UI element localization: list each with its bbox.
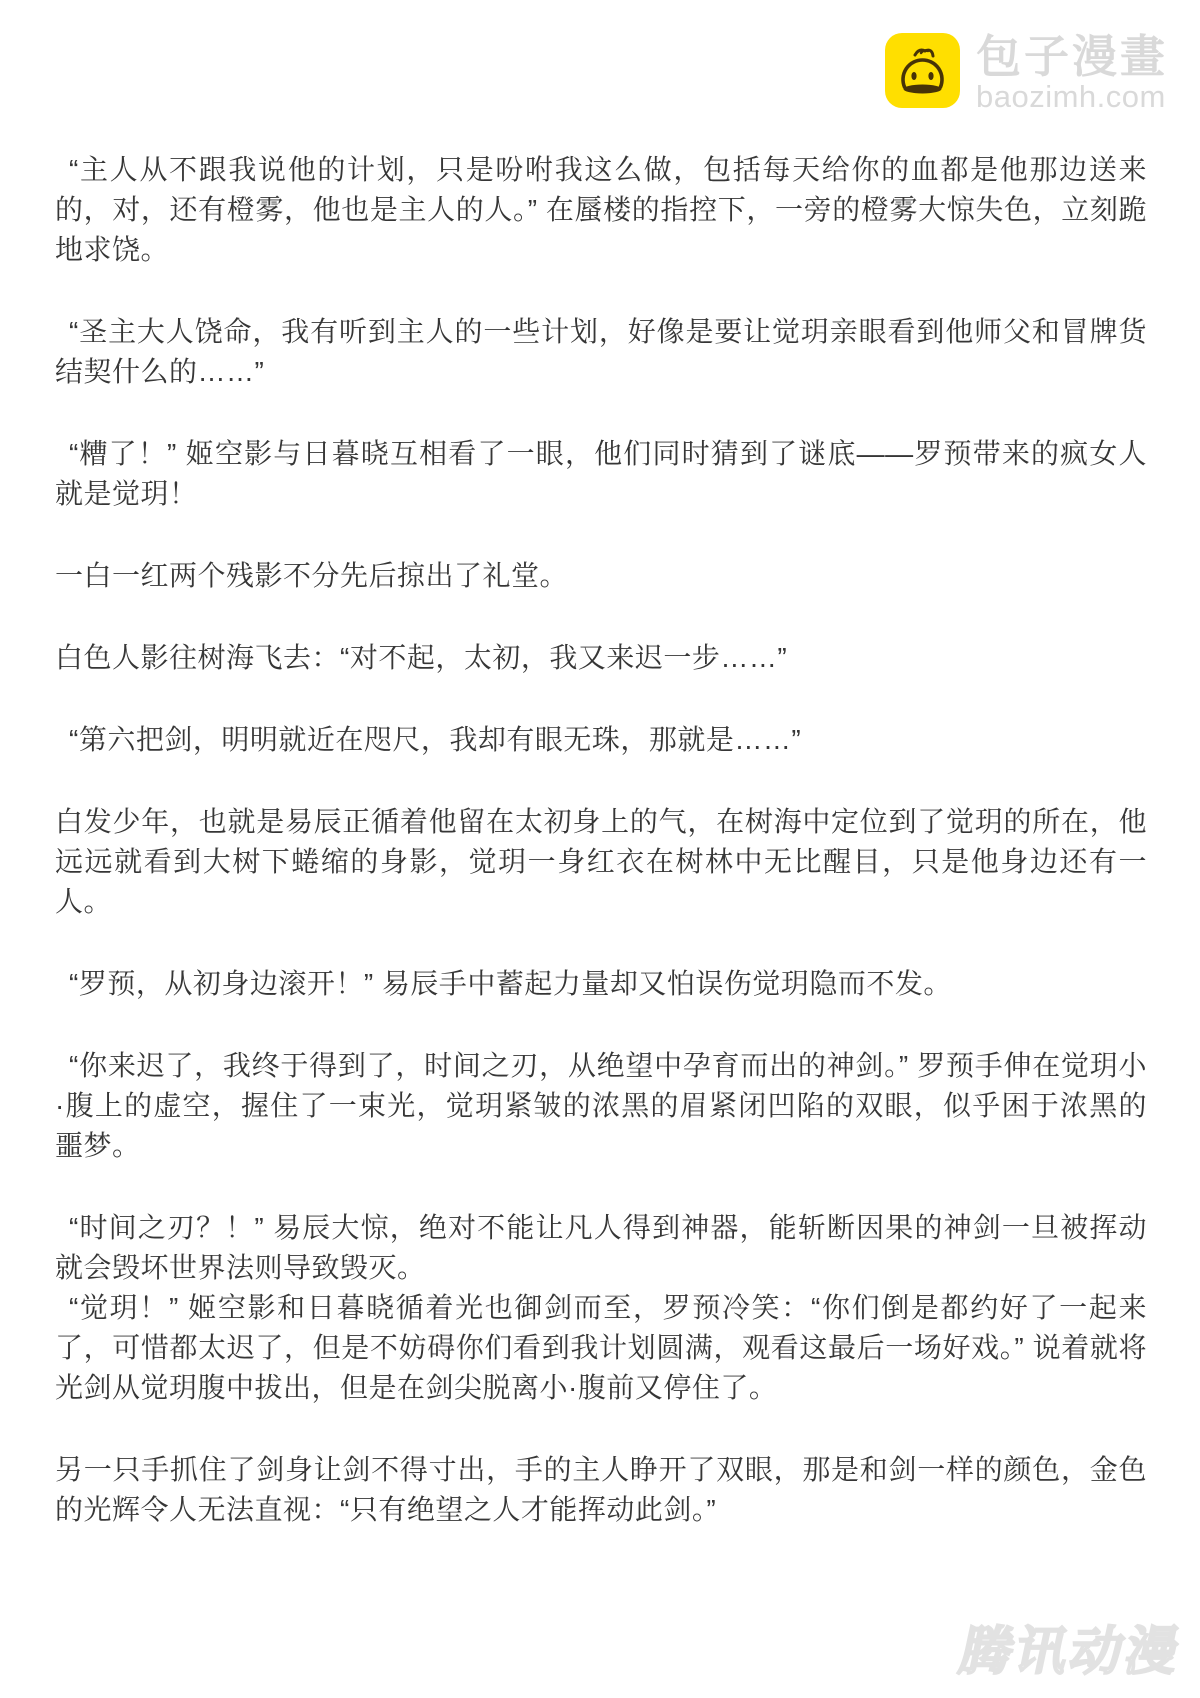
paragraph: “觉玥！” 姬空影和日暮晓循着光也御剑而至，罗预冷笑：“你们倒是都约好了一起来了… xyxy=(55,1288,1147,1408)
paragraph: 白发少年，也就是易辰正循着他留在太初身上的气，在树海中定位到了觉玥的所在，他远远… xyxy=(55,802,1147,922)
paragraph: “罗预，从初身边滚开！” 易辰手中蓄起力量却又怕误伤觉玥隐而不发。 xyxy=(55,964,1147,1004)
paragraph: 另一只手抓住了剑身让剑不得寸出，手的主人睁开了双眼，那是和剑一样的颜色，金色的光… xyxy=(55,1450,1147,1530)
site-logo[interactable]: 包子漫畫 baozimh.com xyxy=(885,33,1168,113)
site-title: 包子漫畫 xyxy=(976,33,1168,81)
paragraph: “糟了！” 姬空影与日暮晓互相看了一眼，他们同时猜到了谜底——罗预带来的疯女人就… xyxy=(55,434,1147,514)
site-logo-text: 包子漫畫 baozimh.com xyxy=(976,33,1168,113)
reader-page: 包子漫畫 baozimh.com “主人从不跟我说他的计划，只是吩咐我这么做，包… xyxy=(0,0,1200,1698)
paragraph: “你来迟了，我终于得到了，时间之刃，从绝望中孕育而出的神剑。” 罗预手伸在觉玥小… xyxy=(55,1046,1147,1166)
site-domain: baozimh.com xyxy=(976,81,1166,113)
tencent-comics-watermark: 腾讯动漫 xyxy=(954,1609,1190,1684)
paragraph: “主人从不跟我说他的计划，只是吩咐我这么做，包括每天给你的血都是他那边送来的，对… xyxy=(55,150,1147,270)
paragraph: “圣主大人饶命，我有听到主人的一些计划，好像是要让觉玥亲眼看到他师父和冒牌货结契… xyxy=(55,312,1147,392)
chapter-text: “主人从不跟我说他的计划，只是吩咐我这么做，包括每天给你的血都是他那边送来的，对… xyxy=(55,150,1147,1572)
paragraph: 一白一红两个残影不分先后掠出了礼堂。 xyxy=(55,556,1147,596)
baozi-bun-icon xyxy=(885,33,960,108)
paragraph: “时间之刃？！” 易辰大惊，绝对不能让凡人得到神器，能斩断因果的神剑一旦被挥动就… xyxy=(55,1208,1147,1288)
paragraph: 白色人影往树海飞去：“对不起，太初，我又来迟一步……” xyxy=(55,638,1147,678)
paragraph: “第六把剑，明明就近在咫尺，我却有眼无珠，那就是……” xyxy=(55,720,1147,760)
